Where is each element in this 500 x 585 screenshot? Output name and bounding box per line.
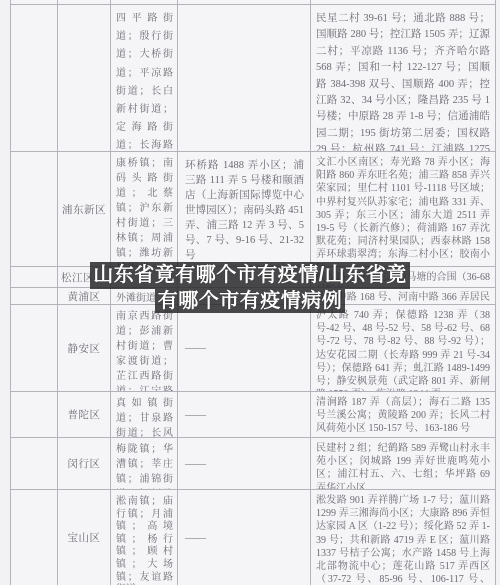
row1-district-cell: [58, 5, 111, 152]
row6-mid-dash: ——: [178, 392, 311, 438]
row6-addresses-cell: 清涧路 187 弄（高层）；海石二路 135 号兰溪公寓；黄陵路 200 弄；长…: [311, 392, 496, 438]
row8-index-cell: [11, 490, 58, 585]
row4-index-cell: [11, 288, 58, 305]
row5-streets-cell: 南京西路街道；彭浦新村街道；曹家渡街道；芷江西路街道；江宁路街道: [111, 305, 178, 392]
row7-mid-dash: ——: [178, 438, 311, 490]
row7-streets-cell: 梅陇镇；华漕镇；莘庄镇；浦锦街道；江川路街道: [111, 438, 178, 490]
row2-mid-cell: 环桥路 1488 弄小区；浦三路 111 弄 5 号楼和颐酒店（上海新国际博览中…: [178, 152, 311, 267]
row7-addresses-cell: 民建村 2 组；纪鹤路 589 弄鹭山村永丰苑小区；闵城路 199 弄好世鹿鸣苑…: [311, 438, 496, 490]
row5-index-cell: [11, 305, 58, 392]
row5-district-cell: 静安区: [58, 305, 111, 392]
row8-district-cell: 宝山区: [58, 490, 111, 585]
row2-index-cell: [11, 152, 58, 267]
row4-mid-cell: [178, 288, 311, 305]
row2-addresses-cell: 文汇小区南区；寿光路 78 弄小区；海阳路 860 弄东旺名苑；浦三路 858 …: [311, 152, 496, 267]
row1-mid-cell: [178, 5, 311, 152]
row7-district-cell: 闵行区: [58, 438, 111, 490]
row3-index-cell: [11, 267, 58, 288]
row4-addresses-cell: 北京中路 168 号、河南中路 366 弄居民区: [311, 288, 496, 305]
row1-index-cell: [11, 5, 58, 152]
epidemic-area-table: 四平路街道；殷行街道；大桥街道；平凉路街道；长白新村街道；定海路街道；长海路街道…: [10, 0, 496, 585]
row3-district-cell: 松江区: [58, 267, 111, 288]
row3-mid-cell: [178, 267, 311, 288]
row8-addresses-cell: 淞发路 901 弄祥腾广场 1-7 号；蕰川路 1299 弄三湘海尚小区；大康路…: [311, 490, 496, 585]
row4-streets-cell: 外滩街道: [111, 288, 178, 305]
row1-streets-cell: 四平路街道；殷行街道；大桥街道；平凉路街道；长白新村街道；定海路街道；长海路街道…: [111, 5, 178, 152]
row3-addresses-cell: 成龙路、香家宅、西马塘的合围（36-68 号除外）: [311, 267, 496, 288]
row5-addresses-cell: 沪太路 740 弄；保德路 1238 弄（38 号-42 号、48 号-52 号…: [311, 305, 496, 392]
row1-addresses-cell: 民星二村 39-61 号；通北路 888 号；国顺路 280 号；控江路 150…: [311, 5, 496, 152]
row5-mid-dash: ——: [178, 305, 311, 392]
page-root: { "colors":{"border":"#b3b3bb","text":"#…: [0, 0, 500, 585]
row2-district-cell: 浦东新区: [58, 152, 111, 267]
row8-mid-dash: ——: [178, 490, 311, 585]
row3-streets-cell: [111, 267, 178, 288]
row6-index-cell: [11, 392, 58, 438]
row4-district-cell: 黄浦区: [58, 288, 111, 305]
row8-streets-cell: 淞南镇；庙行镇；月浦镇；高境镇；杨行镇；顾村镇；大场镇；友谊路街道: [111, 490, 178, 585]
row2-streets-cell: 康桥镇；南码头路街道；北蔡镇；沪东新村街道；三林镇；周浦镇；潍坊新村街道；金桥新…: [111, 152, 178, 267]
row7-index-cell: [11, 438, 58, 490]
row6-streets-cell: 真如镇街道；甘泉路街道；长风新村街道: [111, 392, 178, 438]
row6-district-cell: 普陀区: [58, 392, 111, 438]
